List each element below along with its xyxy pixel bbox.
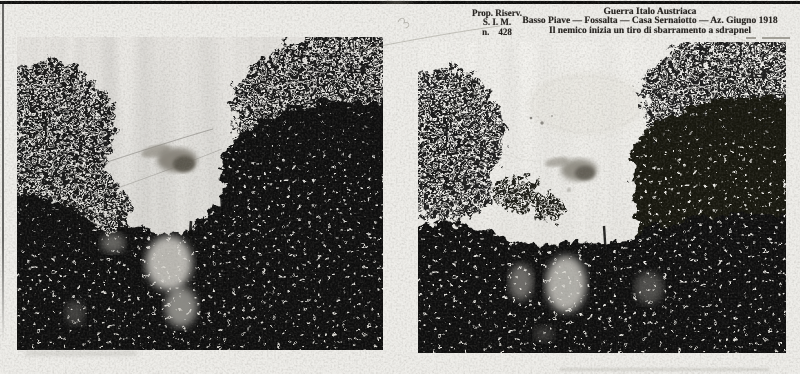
- stereo-photo-right: [418, 42, 786, 353]
- stereo-photo-left: [17, 37, 383, 350]
- pencil-dash-marks: [746, 37, 790, 39]
- faint-cloud: [528, 72, 644, 136]
- caption-description-line: Il nemico inizia un tiro di sbarramento …: [505, 27, 795, 36]
- dash-long: [762, 37, 790, 39]
- archive-number-label: n.: [482, 28, 489, 37]
- ghost-smudge: [25, 351, 137, 356]
- dash-short: [746, 37, 756, 39]
- slide-left-edge-line: [2, 4, 4, 342]
- slide-top-border-line: [0, 1, 800, 4]
- stereo-slide-card: Prop. Riserv. S. I. M. n. 428 Guerra Ita…: [0, 0, 800, 374]
- bottom-smudge: [560, 368, 770, 371]
- main-caption-block: Guerra Italo Austriaca Basso Piave — Fos…: [505, 8, 795, 36]
